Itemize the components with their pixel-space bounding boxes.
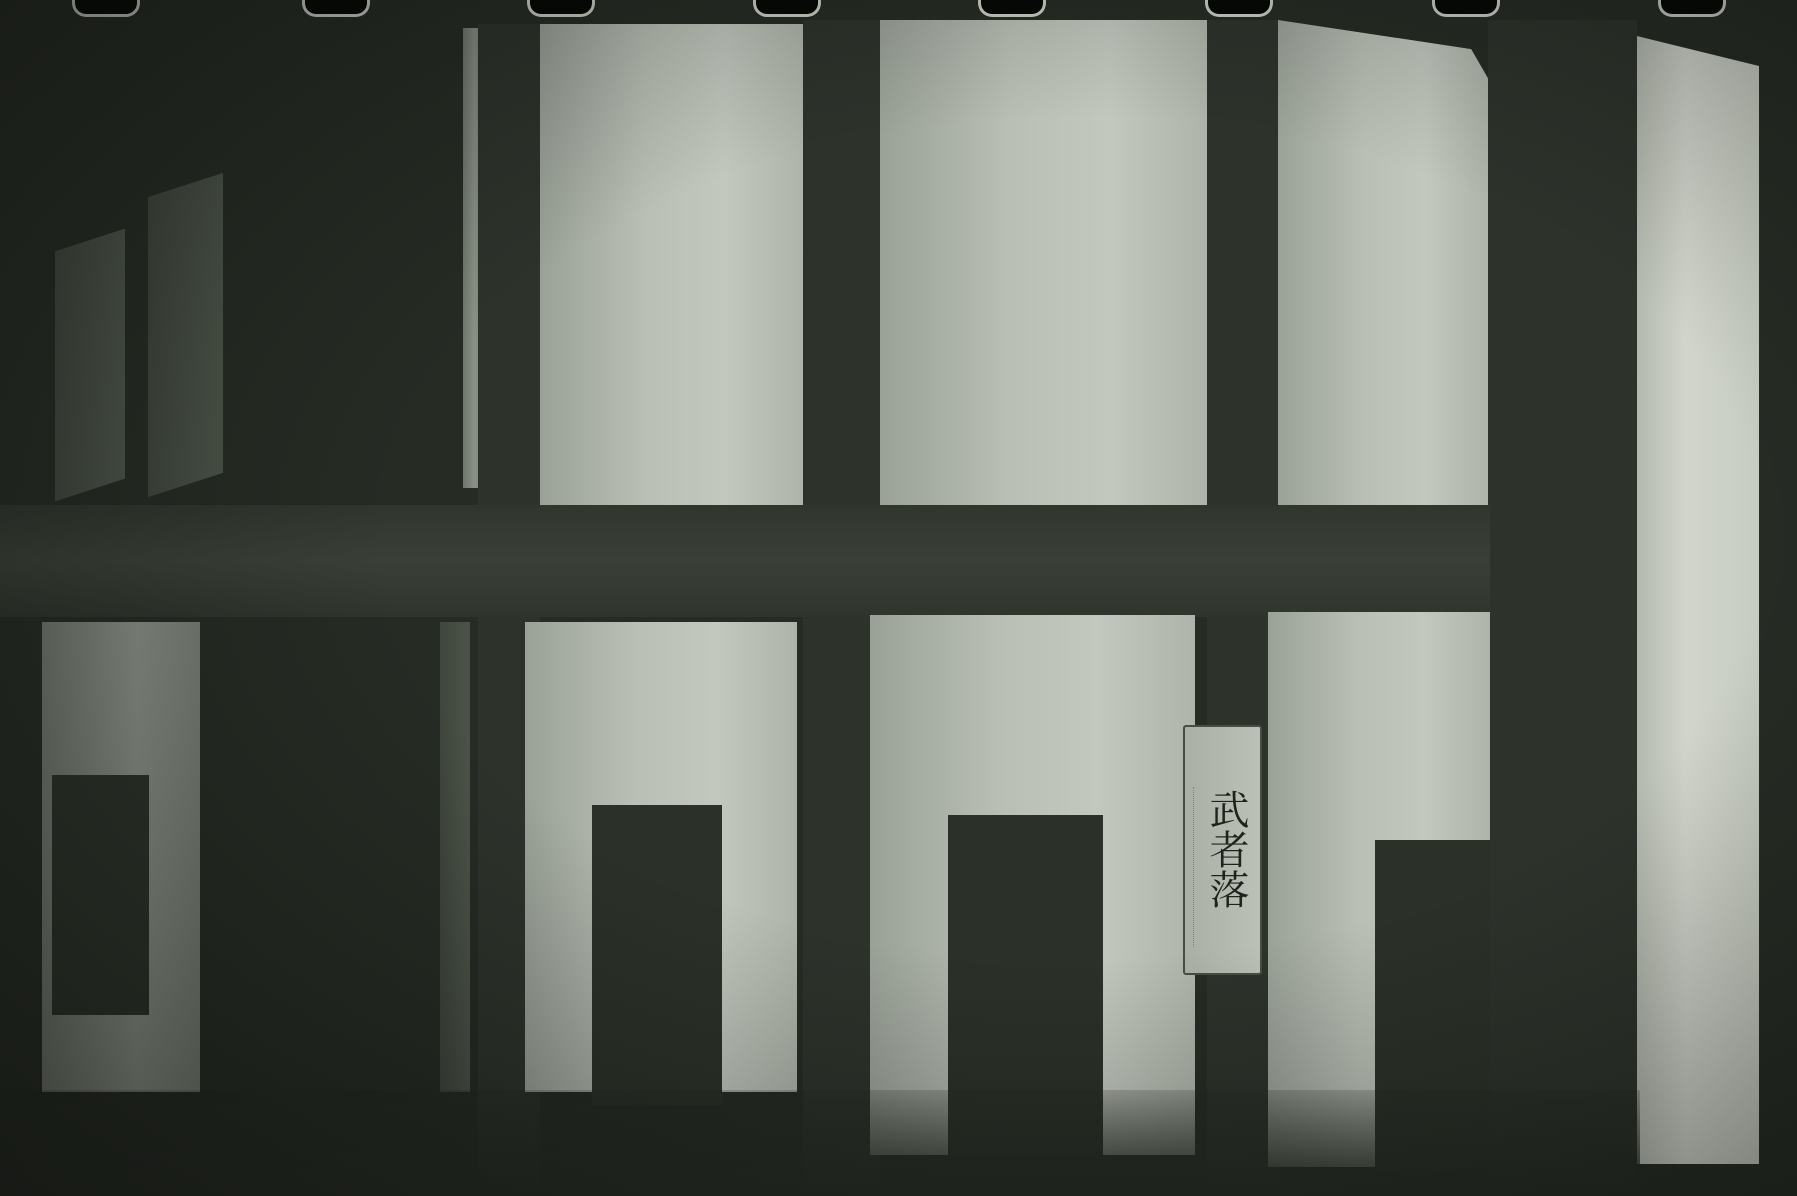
- wall-panel: [880, 20, 1207, 510]
- timber-post: [1488, 20, 1637, 1196]
- sprocket-hole: [1205, 0, 1273, 17]
- floor-shadow: [0, 1090, 1640, 1196]
- wall-panel: [1278, 20, 1488, 505]
- sign-text: 武者落: [1210, 789, 1254, 909]
- sprocket-hole: [72, 0, 140, 17]
- vintage-photograph: 武者落: [0, 0, 1797, 1196]
- hanging-sign: 武者落: [1183, 725, 1262, 975]
- wall-panel: [55, 229, 125, 502]
- bright-pillar: [1637, 36, 1759, 1164]
- door-opening: [52, 775, 149, 1015]
- sprocket-hole: [302, 0, 370, 17]
- door-opening: [592, 805, 722, 1105]
- wall-panel: [540, 24, 803, 509]
- wall-edge: [440, 622, 470, 1092]
- wall-panel: [148, 173, 223, 497]
- timber-beam: [0, 505, 1490, 617]
- sprocket-hole: [1658, 0, 1726, 17]
- sprocket-hole: [1432, 0, 1500, 17]
- sprocket-hole: [527, 0, 595, 17]
- sprocket-hole: [753, 0, 821, 17]
- sprocket-hole: [978, 0, 1046, 17]
